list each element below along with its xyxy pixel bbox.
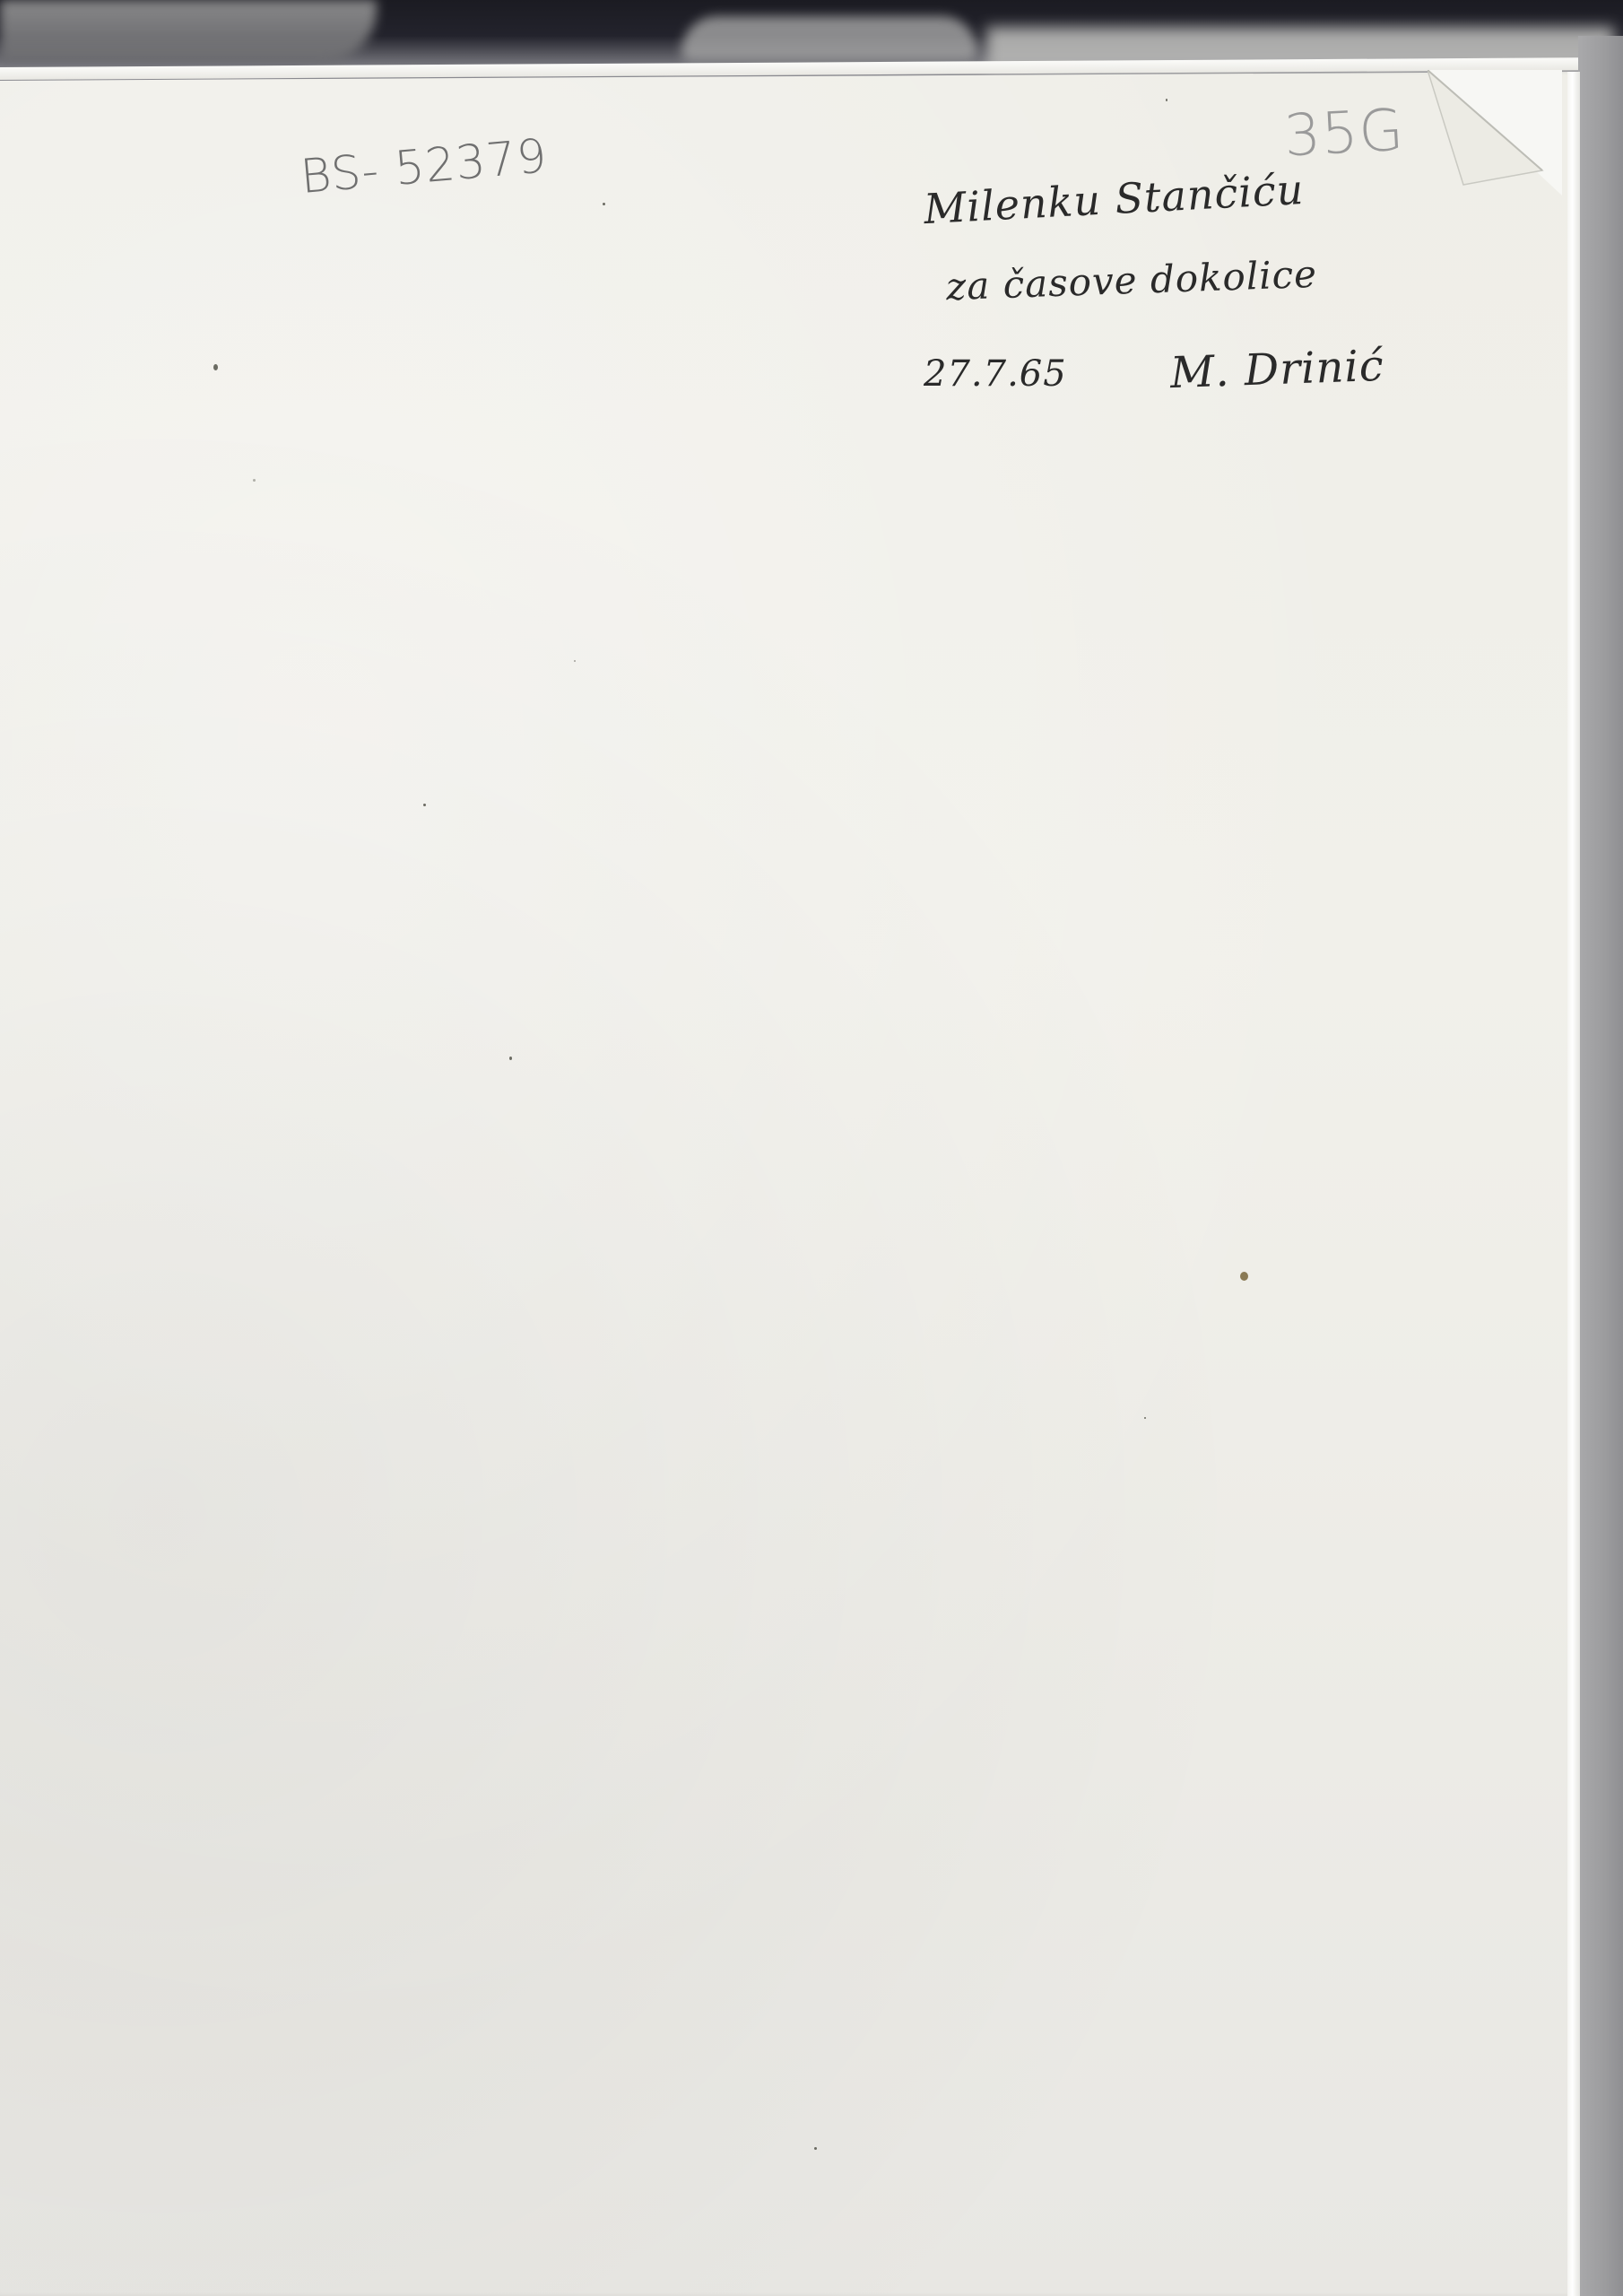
paper-speck bbox=[603, 203, 605, 205]
scan-scene: BS- 52379 35G Milenku Stančiću za časove… bbox=[0, 0, 1623, 2296]
paper-speck bbox=[253, 479, 256, 482]
paper-speck bbox=[1144, 1417, 1146, 1419]
folio-number: 35G bbox=[1282, 98, 1406, 170]
document-page bbox=[0, 72, 1578, 2296]
folded-corner-icon bbox=[1428, 70, 1562, 196]
paper-speck bbox=[814, 2147, 817, 2150]
backdrop-blur bbox=[681, 16, 977, 61]
scanner-bed-edge bbox=[1578, 36, 1623, 2296]
paper-speck bbox=[509, 1057, 512, 1060]
paper-speck bbox=[1240, 1272, 1248, 1281]
paper-speck bbox=[213, 364, 218, 370]
paper-speck bbox=[1166, 99, 1167, 101]
paper-speck bbox=[423, 804, 426, 806]
paper-speck bbox=[574, 660, 576, 662]
dedication-date: 27.7.65 bbox=[924, 353, 1067, 395]
author-signature: M. Drinić bbox=[1169, 341, 1384, 398]
backdrop-blur bbox=[0, 0, 377, 63]
page-right-edge bbox=[1567, 72, 1580, 2296]
